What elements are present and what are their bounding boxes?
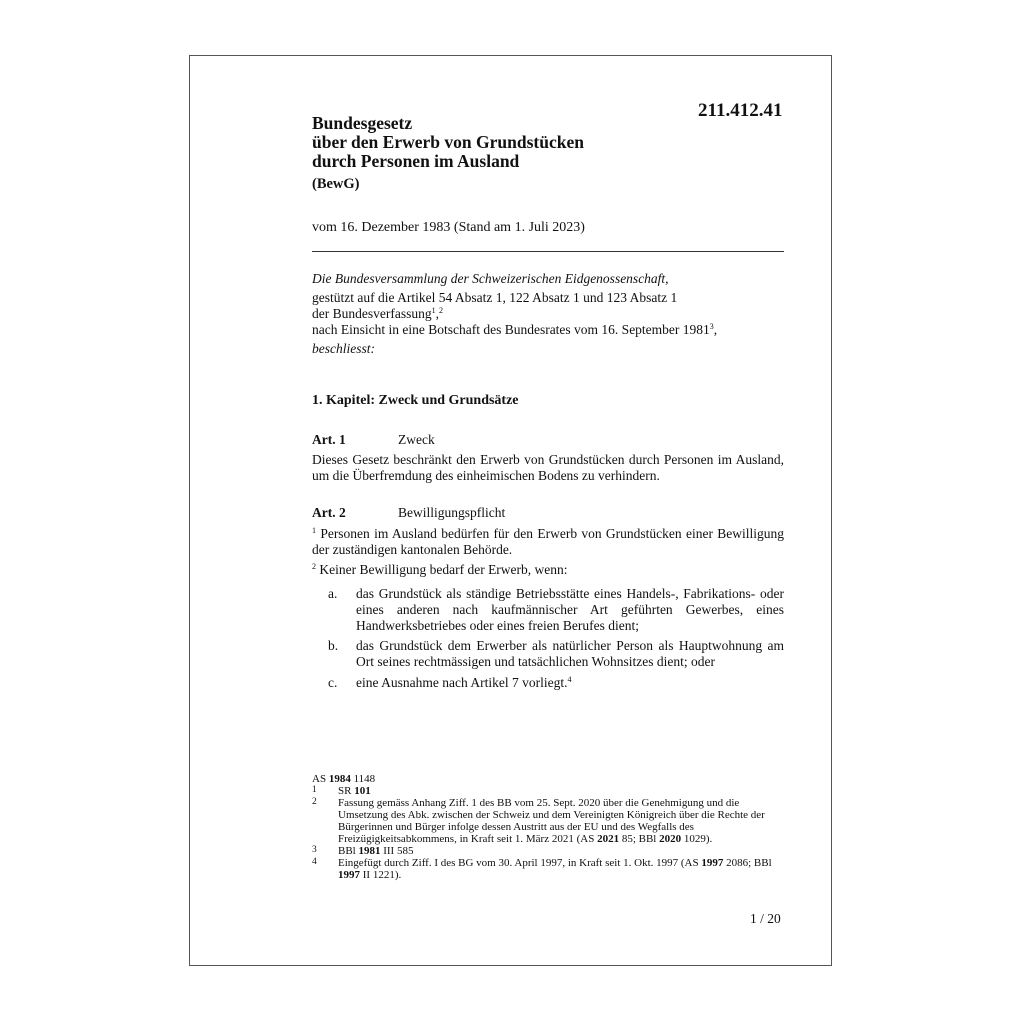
list-item-text: das Grundstück dem Erwerber als natürlic… [356,638,784,670]
footnote-text: BBl 1981 III 585 [338,845,787,857]
preamble-text: der Bundesverfassung [312,306,432,321]
separator: , [714,322,717,337]
fn-mid: 85; BBl [619,833,659,845]
fn-end: II 1221). [360,869,401,881]
preamble: Die Bundesversammlung der Schweizerische… [312,271,792,357]
chapter-heading: 1. Kapitel: Zweck und Grundsätze [312,393,519,409]
fn-bold: 1997 [701,857,723,869]
paragraph-text: Personen im Ausland bedürfen für den Erw… [312,526,784,557]
fn-bold: 1997 [338,869,360,881]
footnote-text: Fassung gemäss Anhang Ziff. 1 des BB vom… [338,797,787,845]
preamble-text: nach Einsicht in eine Botschaft des Bund… [312,322,710,337]
fn-pre: BBl [338,845,358,857]
footnote: 4 Eingefügt durch Ziff. I des BG vom 30.… [312,857,787,881]
list-item: b. das Grundstück dem Erwerber als natür… [312,638,784,670]
article-title: Zweck [398,432,435,447]
paragraph-number: 2 [312,562,316,571]
title-line: über den Erwerb von Grundstücken [312,133,584,152]
page-number: 1 / 20 [750,911,781,927]
paragraph-1: 1 Personen im Ausland bedürfen für den E… [312,526,784,558]
list-item-text: das Grundstück als ständige Betriebsstät… [356,586,784,634]
fn-end: 1029). [681,833,712,845]
footnote-number: 4 [312,856,317,868]
fn-pre: SR [338,785,354,797]
footnote: 1 SR 101 [312,785,787,797]
footnote-text: SR 101 [338,785,787,797]
footnote-ref[interactable]: 4 [567,675,571,684]
fn-bold: 1981 [358,845,380,857]
footnote-ref[interactable]: 2 [439,306,443,315]
article-number: Art. 2 [312,505,398,521]
footnote: 2 Fassung gemäss Anhang Ziff. 1 des BB v… [312,797,787,845]
list-item-label: b. [328,638,338,654]
list-item-label: a. [328,586,337,602]
footnote-number: 3 [312,844,317,856]
footnote-ref[interactable]: 3 [710,322,714,331]
fn-text: Eingefügt durch Ziff. I des BG vom 30. A… [338,857,701,869]
date-line: vom 16. Dezember 1983 (Stand am 1. Juli … [312,220,585,236]
fn-mid: 2086; BBl [723,857,771,869]
footnote-number: 1 [312,784,317,796]
list-item-content: eine Ausnahme nach Artikel 7 vorliegt. [356,675,567,690]
as-year: 1984 [329,773,351,785]
article-text: Dieses Gesetz beschränkt den Erwerb von … [312,452,784,484]
preamble-enacting-body: Die Bundesversammlung der Schweizerische… [312,271,792,287]
paragraph-2: 2 Keiner Bewilligung bedarf der Erwerb, … [312,562,784,578]
sr-number: 211.412.41 [698,100,782,122]
list-item-text: eine Ausnahme nach Artikel 7 vorliegt.4 [356,675,784,691]
title-line: durch Personen im Ausland [312,152,584,171]
list-item: a. das Grundstück als ständige Betriebss… [312,586,784,634]
article-number: Art. 1 [312,432,398,448]
fn-bold: 2021 [597,833,619,845]
title-divider [312,251,784,252]
law-abbreviation: (BewG) [312,176,360,193]
preamble-message: nach Einsicht in eine Botschaft des Bund… [312,322,792,338]
fn-post: III 585 [380,845,413,857]
paragraph-text: Keiner Bewilligung bedarf der Erwerb, we… [319,562,567,577]
footnote-text: Eingefügt durch Ziff. I des BG vom 30. A… [338,857,787,881]
footnote-number: 2 [312,796,317,808]
article-title: Bewilligungspflicht [398,505,505,520]
document-page: 211.412.41 Bundesgesetz über den Erwerb … [189,55,832,966]
footnote-ref[interactable]: 1 [432,306,436,315]
fn-bold: 101 [354,785,371,797]
title-line: Bundesgesetz [312,114,584,133]
list-item: c. eine Ausnahme nach Artikel 7 vorliegt… [312,675,784,691]
footnote: 3 BBl 1981 III 585 [312,845,787,857]
article-heading: Art. 1Zweck [312,432,792,448]
article-heading: Art. 2Bewilligungspflicht [312,505,792,521]
fn-bold: 2020 [659,833,681,845]
list-item-label: c. [328,675,337,691]
preamble-basis: gestützt auf die Artikel 54 Absatz 1, 12… [312,290,792,306]
official-collection-ref: AS 1984 1148 [312,773,787,785]
preamble-resolves: beschliesst: [312,341,792,357]
as-page: 1148 [351,773,375,785]
paragraph-number: 1 [312,526,316,535]
law-title: Bundesgesetz über den Erwerb von Grundst… [312,114,584,171]
preamble-constitution: der Bundesverfassung1,2 [312,306,792,322]
footnotes: AS 1984 1148 1 SR 101 2 Fassung gemäss A… [312,773,787,881]
